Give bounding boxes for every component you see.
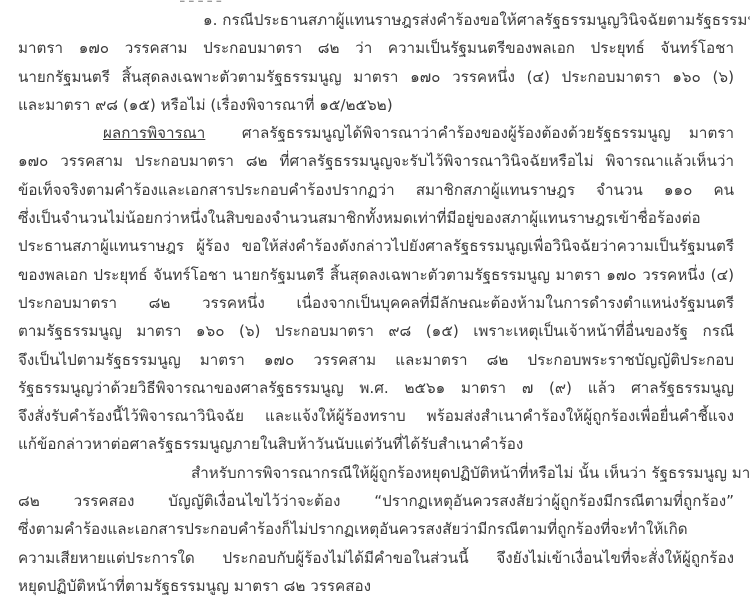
- text-line: นายกรัฐมนตรี สิ้นสุดลงเฉพาะตัวตามรัฐธรรม…: [18, 63, 734, 91]
- paragraph-case-1: ๑. กรณีประธานสภาผู้แทนราษฎรส่งคำร้องขอให…: [18, 6, 734, 119]
- text-line: มาตรา ๑๗๐ วรรคสาม ประกอบมาตรา ๘๒ ว่า ควา…: [18, 34, 734, 62]
- cut-off-previous-line: ـ ـ ـ ـ ـ: [180, 0, 380, 2]
- text-line: ประกอบมาตรา ๘๒ วรรคหนึ่ง เนื่องจากเป็นบุ…: [18, 289, 734, 317]
- result-first-line-text: ศาลรัฐธรรมนูญได้พิจารณาว่าคำร้องของผู้ร้…: [242, 124, 734, 142]
- text-line: ๑๗๐ วรรคสาม ประกอบมาตรา ๘๒ ที่ศาลรัฐธรรม…: [18, 147, 734, 175]
- text-line: ผลการพิจารณา ศาลรัฐธรรมนูญได้พิจารณาว่าค…: [18, 119, 734, 147]
- text-line: ข้อเท็จจริงตามคำร้องและเอกสารประกอบคำร้อ…: [18, 176, 734, 204]
- text-line: ของพลเอก ประยุทธ์ จันทร์โอชา นายกรัฐมนตร…: [18, 261, 734, 289]
- text-line: ความเสียหายแต่ประการใด ประกอบกับผู้ร้องไ…: [18, 544, 734, 572]
- paragraph-suspension: สำหรับการพิจารณากรณีให้ผู้ถูกร้องหยุดปฏิ…: [18, 459, 734, 600]
- paragraph-result: ผลการพิจารณา ศาลรัฐธรรมนูญได้พิจารณาว่าค…: [18, 119, 734, 459]
- text-line: และมาตรา ๙๘ (๑๕) หรือไม่ (เรื่องพิจารณาท…: [18, 91, 734, 119]
- text-line: สำหรับการพิจารณากรณีให้ผู้ถูกร้องหยุดปฏิ…: [18, 459, 734, 487]
- text-line: จึงเป็นไปตามรัฐธรรมนูญ มาตรา ๑๗๐ วรรคสาม…: [18, 346, 734, 374]
- text-line: ประธานสภาผู้แทนราษฎร ผู้ร้อง ขอให้ส่งคำร…: [18, 232, 734, 260]
- text-line: จึงสั่งรับคำร้องนี้ไว้พิจารณาวินิจฉัย แล…: [18, 402, 734, 430]
- result-heading: ผลการพิจารณา: [103, 124, 205, 142]
- text-line: รัฐธรรมนูญว่าด้วยวิธีพิจารณาของศาลรัฐธรร…: [18, 374, 734, 402]
- text-line: หยุดปฏิบัติหน้าที่ตามรัฐธรรมนูญ มาตรา ๘๒…: [18, 572, 734, 600]
- text-line: ๘๒ วรรคสอง บัญญัติเงื่อนไขไว้ว่าจะต้อง “…: [18, 487, 734, 515]
- text-line: ๑. กรณีประธานสภาผู้แทนราษฎรส่งคำร้องขอให…: [18, 6, 734, 34]
- text-line: ซึ่งเป็นจำนวนไม่น้อยกว่าหนึ่งในสิบของจำน…: [18, 204, 734, 232]
- text-line: ตามรัฐธรรมนูญ มาตรา ๑๖๐ (๖) ประกอบมาตรา …: [18, 317, 734, 345]
- text-line: แก้ข้อกล่าวหาต่อศาลรัฐธรรมนูญภายในสิบห้า…: [18, 430, 734, 458]
- document-body: ๑. กรณีประธานสภาผู้แทนราษฎรส่งคำร้องขอให…: [18, 6, 734, 600]
- text-line: ซึ่งตามคำร้องและเอกสารประกอบคำร้องก็ไม่ป…: [18, 515, 734, 543]
